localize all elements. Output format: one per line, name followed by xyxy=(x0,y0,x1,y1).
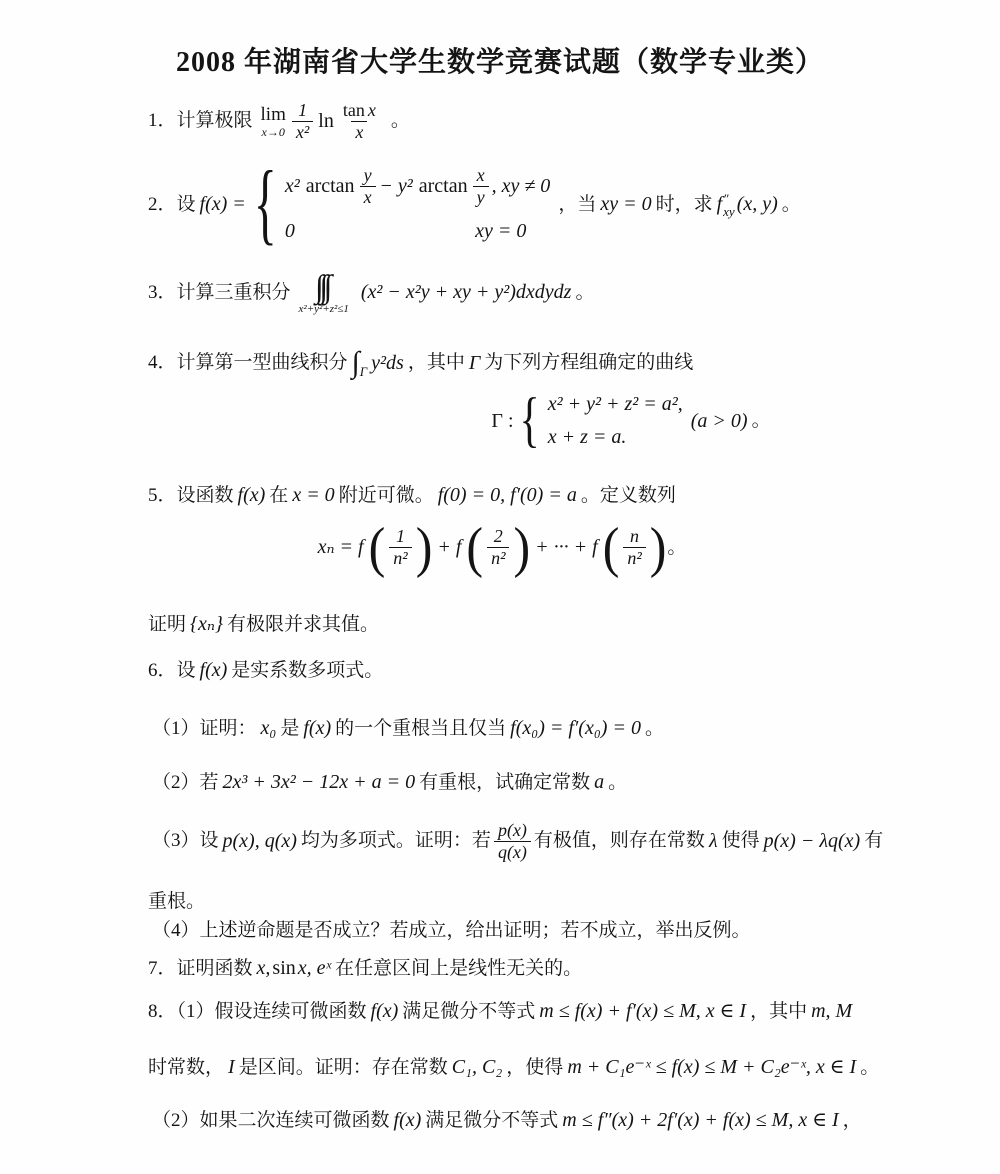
problem-1-period: 。 xyxy=(391,109,410,133)
problem-6-item-3-continuation: 重根。 xyxy=(148,890,205,914)
case-1-condition: , xy ≠ 0 xyxy=(492,174,551,199)
bound-inequality: m + C₁e⁻ˣ ≤ f(x) ≤ M + C₂e⁻ˣ, x ∈ I xyxy=(567,1055,856,1080)
problem-4-text: 计算第一型曲线积分 xyxy=(177,351,348,375)
problem-6: 6． 设 f(x) 是实系数多项式。 xyxy=(148,658,383,683)
f-double-prime-xy: ″ xy xyxy=(723,192,735,218)
plus-f: + f xyxy=(437,535,461,560)
initial-conditions: f(0) = 0, f′(0) = a xyxy=(438,483,577,508)
differential-inequality: m ≤ f(x) + f′(x) ≤ M, x ∈ I xyxy=(539,999,746,1024)
problem-6-number: 6． xyxy=(148,659,177,683)
piecewise-case-2: 0 xy = 0 xyxy=(285,219,554,244)
problem-4-period: 。 xyxy=(752,409,771,433)
ln-operator: ln xyxy=(318,109,334,134)
problem-1-number: 1． xyxy=(148,109,177,133)
problem-3: 3． 计算三重积分 ∫∫∫ x²+y²+z²≤1 (x² − x²y + xy … xyxy=(148,270,594,315)
f-arguments: (x, y) xyxy=(737,192,778,217)
f-symbol: f xyxy=(717,192,723,217)
integrand: y²ds xyxy=(371,351,404,376)
problem-7: 7． 证明函数 x, sin x, eˣ 在任意区间上是线性无关的。 xyxy=(148,956,582,981)
left-paren: ( xyxy=(603,522,620,572)
ellipsis-plus-f: + ··· + f xyxy=(535,535,598,560)
triple-integral: ∫∫∫ x²+y²+z²≤1 xyxy=(299,270,349,315)
fraction-x-over-y: x y xyxy=(473,165,489,207)
problem-4-number: 4． xyxy=(148,351,177,375)
problem-2-text: 设 xyxy=(177,193,196,217)
right-paren: ) xyxy=(650,522,667,572)
arctan-operator: arctan xyxy=(306,174,355,199)
problem-5-text: 设函数 xyxy=(177,484,234,508)
problem-4-equation-system: Γ : { x² + y² + z² = a², x + z = a. (a >… xyxy=(0,392,1000,450)
fraction-1-over-n2: 1 n² xyxy=(389,526,411,568)
piecewise-definition: { x² arctan y x − y² arctan x y xyxy=(254,165,555,244)
problem-2: 2． 设 f(x) = { x² arctan y x − y² arctan … xyxy=(148,165,801,244)
integral-curve-label: Γ xyxy=(360,364,367,380)
line-integral: ∫ xyxy=(352,348,360,378)
second-order-inequality: m ≤ f″(x) + 2f′(x) + f(x) ≤ M, x ∈ I xyxy=(562,1108,838,1133)
page-title: 2008 年湖南省大学生数学竞赛试题（数学专业类） xyxy=(0,40,1000,80)
exam-document-page: 2008 年湖南省大学生数学竞赛试题（数学专业类） 1． 计算极限 lim x→… xyxy=(0,0,1000,1174)
problem-5: 5． 设函数 f(x) 在 x = 0 附近可微。 f(0) = 0, f′(0… xyxy=(148,483,676,508)
problem-1: 1． 计算极限 lim x→0 1 x² ln tan x x 。 xyxy=(148,100,410,142)
problem-5-proof-request: 证明 {xₙ} 有极限并求其值。 xyxy=(148,612,379,637)
problem-2-text-3: 时，求 xyxy=(656,193,713,217)
minus-operator: − xyxy=(381,174,392,199)
tan-operator: tan xyxy=(343,100,365,121)
integral-domain: x²+y²+z²≤1 xyxy=(299,304,349,315)
sequence-symbol: {xₙ} xyxy=(190,612,223,637)
problem-8-line-2: 时常数， I 是区间。证明：存在常数 C₁, C₂ ，使得 m + C₁e⁻ˣ … xyxy=(148,1055,879,1080)
problem-6-item-1: （1）证明： x₀ 是 f(x) 的一个重根当且仅当 f(x₀) = f′(x₀… xyxy=(152,716,664,741)
fraction-one-over-x-squared: 1 x² xyxy=(292,100,313,142)
problem-8-line-3: （2）如果二次连续可微函数 f(x) 满足微分不等式 m ≤ f″(x) + 2… xyxy=(152,1108,862,1133)
gamma-lhs: Γ : xyxy=(491,409,513,434)
constants-c1-c2: C₁, C₂ xyxy=(452,1055,503,1080)
fraction-p-over-q: p(x) q(x) xyxy=(494,820,531,862)
gamma-symbol: Γ xyxy=(469,351,480,376)
problem-6-item-3: （3）设 p(x), q(x) 均为多项式。证明：若 p(x) q(x) 有极值… xyxy=(152,820,883,862)
left-paren: ( xyxy=(466,522,483,572)
arctan-operator: arctan xyxy=(419,174,468,199)
sin-operator: sin xyxy=(272,956,295,981)
function-lhs: f(x) = xyxy=(200,192,246,217)
equation-plane: x + z = a. xyxy=(548,425,683,450)
problem-4-text-3: 为下列方程组确定的曲线 xyxy=(484,351,693,375)
problem-2-period: 。 xyxy=(782,193,801,217)
left-brace: { xyxy=(520,391,540,452)
problem-4: 4． 计算第一型曲线积分 ∫ Γ y²ds ，其中 Γ 为下列方程组确定的曲线 xyxy=(148,348,693,378)
limit-operator: lim x→0 xyxy=(261,105,286,138)
problem-5-sequence-formula: xₙ = f ( 1 n² ) + f ( 2 n² ) + ··· + f (… xyxy=(0,525,1000,570)
fraction-tanx-over-x: tan x x xyxy=(339,100,380,142)
problem-2-number: 2． xyxy=(148,193,177,217)
problem-1-text: 计算极限 xyxy=(177,109,253,133)
problem-7-number: 7． xyxy=(148,957,177,981)
fraction-2-over-n2: 2 n² xyxy=(487,526,509,568)
formula-period: 。 xyxy=(667,536,686,560)
tan-argument: x xyxy=(368,100,376,121)
problem-3-text: 计算三重积分 xyxy=(177,281,291,305)
sequence-lhs: xₙ = f xyxy=(318,535,364,560)
integrand-expression: (x² − x²y + xy + y²)dxdydz xyxy=(361,280,572,305)
problem-6-item-4: （4）上述逆命题是否成立？若成立，给出证明；若不成立，举出反例。 xyxy=(152,919,751,943)
right-paren: ) xyxy=(513,522,530,572)
problem-5-number: 5． xyxy=(148,484,177,508)
left-brace: { xyxy=(254,159,277,250)
piecewise-case-1: x² arctan y x − y² arctan x y , xy ≠ 0 xyxy=(285,165,554,207)
problem-4-text-2: ，其中 xyxy=(408,351,465,375)
problem-6-item-2: （2）若 2x³ + 3x² − 12x + a = 0 有重根，试确定常数 a… xyxy=(152,770,627,795)
multiple-root-criterion: f(x₀) = f′(x₀) = 0 xyxy=(510,716,641,741)
right-paren: ) xyxy=(416,522,433,572)
problem-3-period: 。 xyxy=(575,281,594,305)
problem-8-line-1: 8．（1）假设连续可微函数 f(x) 满足微分不等式 m ≤ f(x) + f′… xyxy=(148,999,856,1024)
case-2-condition: xy = 0 xyxy=(475,219,526,244)
cubic-equation: 2x³ + 3x² − 12x + a = 0 xyxy=(223,770,416,795)
fraction-n-over-n2: n n² xyxy=(623,526,645,568)
fraction-y-over-x: y x xyxy=(360,165,376,207)
problem-2-text-2: ，当 xyxy=(558,193,596,217)
left-paren: ( xyxy=(369,522,386,572)
problem-3-number: 3． xyxy=(148,281,177,305)
parameter-constraint: (a > 0) xyxy=(691,409,748,434)
lambda-symbol: λ xyxy=(709,829,718,854)
equation-sphere: x² + y² + z² = a², xyxy=(548,392,683,417)
